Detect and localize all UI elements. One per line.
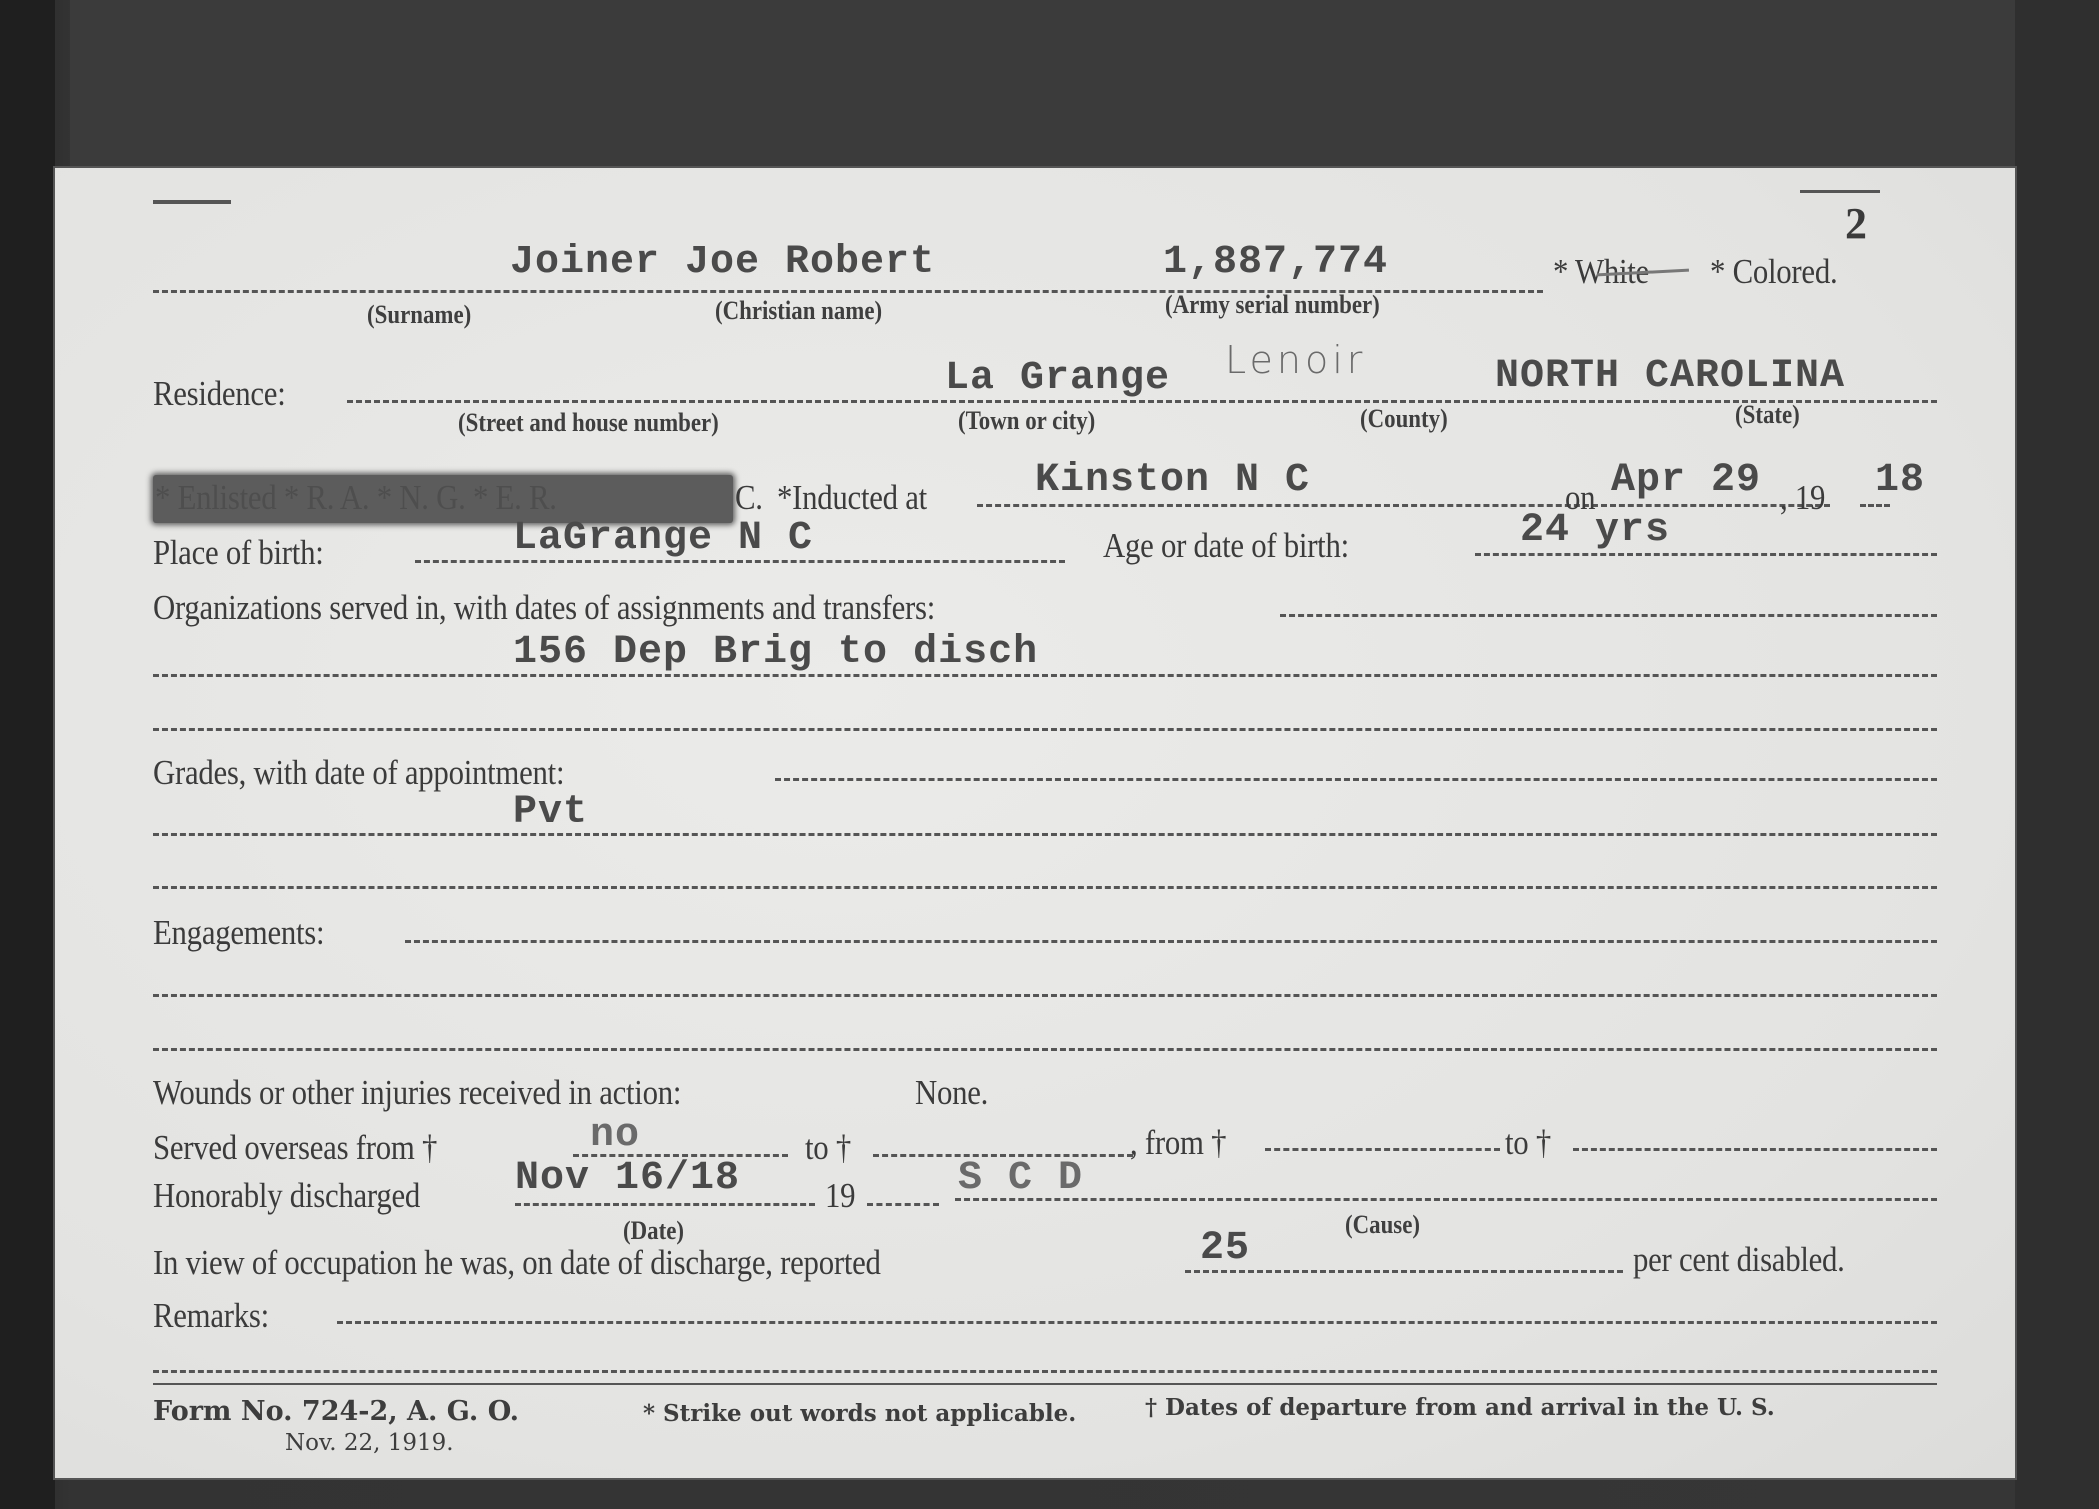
overseas-from2-line bbox=[1265, 1148, 1500, 1151]
discharged-year-prefix: 19 bbox=[825, 1176, 855, 1216]
inducted-year-line bbox=[1860, 504, 1890, 507]
discharged-date-line bbox=[515, 1203, 815, 1206]
engagements-line-1 bbox=[405, 940, 1937, 943]
discharged-year-line bbox=[867, 1203, 939, 1206]
remarks-line-1 bbox=[337, 1321, 1937, 1324]
organizations-line-2 bbox=[153, 674, 1937, 677]
christian-name-caption: (Christian name) bbox=[715, 296, 882, 326]
age-label: Age or date of birth: bbox=[1103, 526, 1349, 566]
discharged-date: Nov 16/18 bbox=[515, 1156, 740, 1201]
scan-background-top bbox=[70, 0, 2099, 170]
service-record-card: 2 Joiner Joe Robert 1,887,774 * White * … bbox=[55, 168, 2015, 1478]
overseas-from2-label: , from † bbox=[1130, 1123, 1226, 1163]
cause-caption: (Cause) bbox=[1345, 1210, 1420, 1240]
wounds-value: None. bbox=[915, 1073, 988, 1113]
age-value: 24 yrs bbox=[1520, 508, 1670, 553]
inducted-date: Apr 29 bbox=[1611, 458, 1761, 503]
residence-state: NORTH CAROLINA bbox=[1495, 354, 1845, 399]
organizations-value: 156 Dep Brig to disch bbox=[513, 630, 1038, 675]
discharged-cause-line bbox=[955, 1198, 1937, 1201]
residence-label: Residence: bbox=[153, 374, 285, 414]
disability-line bbox=[1185, 1270, 1623, 1273]
scan-background-left bbox=[0, 0, 55, 1509]
county-caption: (County) bbox=[1360, 404, 1448, 434]
enlisted-options-text: * Enlisted * R. A. * N. G. * E. R. bbox=[155, 478, 557, 518]
remarks-label: Remarks: bbox=[153, 1296, 269, 1336]
place-of-birth: LaGrange N C bbox=[513, 516, 813, 561]
organizations-label: Organizations served in, with dates of a… bbox=[153, 588, 935, 628]
overseas-to2-label: to † bbox=[1505, 1123, 1551, 1163]
overseas-to2-line bbox=[1573, 1148, 1937, 1151]
town-caption: (Town or city) bbox=[958, 406, 1095, 436]
organizations-line-3 bbox=[153, 728, 1937, 731]
disability-percent: 25 bbox=[1200, 1226, 1250, 1271]
surname-caption: (Surname) bbox=[367, 300, 471, 330]
inducted-at-line bbox=[977, 504, 1607, 507]
discharged-cause: S C D bbox=[958, 1156, 1083, 1201]
grades-line-2 bbox=[153, 833, 1937, 836]
state-caption: (State) bbox=[1735, 400, 1800, 430]
enlisted-options-tail: C. bbox=[735, 478, 763, 518]
age-line bbox=[1475, 553, 1937, 556]
wounds-label: Wounds or other injuries received in act… bbox=[153, 1073, 681, 1113]
engagements-label: Engagements: bbox=[153, 913, 324, 953]
overseas-to-label: to † bbox=[805, 1128, 851, 1168]
form-date: Nov. 22, 1919. bbox=[285, 1430, 454, 1456]
overseas-from-value: no bbox=[590, 1113, 640, 1158]
grades-line-3 bbox=[153, 886, 1937, 889]
engagements-line-2 bbox=[153, 994, 1937, 997]
soldier-name: Joiner Joe Robert bbox=[510, 240, 935, 285]
inducted-at-place: Kinston N C bbox=[1035, 458, 1310, 503]
serial-caption: (Army serial number) bbox=[1165, 290, 1380, 320]
date-caption: (Date) bbox=[623, 1216, 684, 1246]
residence-county: Lenoir bbox=[1225, 338, 1366, 382]
grades-value: Pvt bbox=[513, 790, 588, 835]
discharged-label: Honorably discharged bbox=[153, 1176, 420, 1216]
overseas-from-label: Served overseas from † bbox=[153, 1128, 437, 1168]
remarks-line-2 bbox=[153, 1370, 1937, 1373]
street-caption: (Street and house number) bbox=[458, 408, 719, 438]
top-left-rule bbox=[153, 200, 231, 204]
engagements-line-3 bbox=[153, 1048, 1937, 1051]
footnote-dagger: † Dates of departure from and arrival in… bbox=[1145, 1394, 1775, 1421]
inducted-at-label: *Inducted at bbox=[777, 478, 927, 518]
residence-town: La Grange bbox=[945, 356, 1170, 401]
place-of-birth-label: Place of birth: bbox=[153, 533, 324, 573]
scan-background-right bbox=[2015, 0, 2099, 1509]
race-colored-option: * Colored. bbox=[1710, 252, 1837, 292]
top-right-rule bbox=[1800, 190, 1880, 193]
form-number: Form No. 724-2, A. G. O. bbox=[153, 1396, 519, 1427]
card-number: 2 bbox=[1845, 198, 1867, 249]
grades-line-1 bbox=[775, 778, 1937, 781]
disability-suffix: per cent disabled. bbox=[1633, 1240, 1845, 1280]
disability-label: In view of occupation he was, on date of… bbox=[153, 1243, 881, 1283]
organizations-line-1 bbox=[1280, 614, 1937, 617]
grades-label: Grades, with date of appointment: bbox=[153, 753, 564, 793]
inducted-year-prefix: , 19 bbox=[1780, 478, 1825, 518]
footnote-strike: * Strike out words not applicable. bbox=[643, 1400, 1076, 1427]
footer-rule bbox=[153, 1383, 1937, 1385]
army-serial-number: 1,887,774 bbox=[1163, 240, 1388, 285]
inducted-year: 18 bbox=[1875, 458, 1925, 503]
